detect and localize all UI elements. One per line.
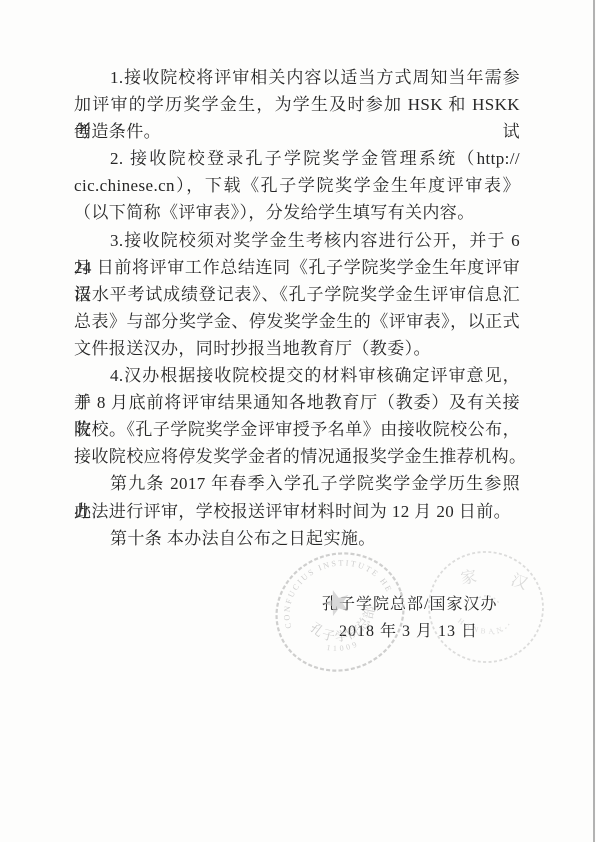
text-line: 第十条 本办法自公布之日起实施。 xyxy=(74,525,520,552)
seal-char-han: 汉 xyxy=(509,571,530,594)
document-body: 1.接收院校将评审相关内容以适当方式周知当年需参加评审的学历奖学金生，为学生及时… xyxy=(74,64,520,552)
text-line: 4.汉办根据接收院校提交的材料审核确定评审意见，并 xyxy=(74,362,520,389)
text-line: 2. 接收院校登录孔子学院奖学金管理系统（http:// xyxy=(74,145,520,172)
text-line: 3.接收院校须对奖学金生考核内容进行公开，并于 6 月 xyxy=(74,227,520,254)
text-line: 第九条 2017 年春季入学孔子学院奖学金学历生参照此 xyxy=(74,470,520,497)
text-line: 文件报送汉办，同时抄报当地教育厅（教委）。 xyxy=(74,335,520,362)
text-line: 总表》与部分奖学金、停发奖学金生的《评审表》，以正式 xyxy=(74,308,520,335)
text-line: 24 日前将评审工作总结连同《孔子学院奖学金生年度评审汉 xyxy=(74,254,520,281)
text-line: 办法进行评审，学校报送评审材料时间为 12 月 20 日前。 xyxy=(74,498,520,525)
text-line: （以下简称《评审表》），分发给学生填写有关内容。 xyxy=(74,199,520,226)
text-line: 加评审的学历奖学金生，为学生及时参加 HSK 和 HSKK 考试 xyxy=(74,91,520,118)
text-line: 语水平考试成绩登记表》、《孔子学院奖学金生评审信息汇 xyxy=(74,281,520,308)
text-line: cic.chinese.cn），下载《孔子学院奖学金生年度评审表》 xyxy=(74,172,520,199)
seal-char-jia: 家 xyxy=(459,568,478,588)
scanned-document-page: 1.接收院校将评审相关内容以适当方式周知当年需参加评审的学历奖学金生，为学生及时… xyxy=(0,0,596,842)
text-line: 接收院校应将停发奖学金者的情况通报奖学金生推荐机构。 xyxy=(74,443,520,470)
signature-date: 2018 年 3 月 13 日 xyxy=(339,618,478,641)
text-line: 院校。《孔子学院奖学金评审授予名单》由接收院校公布， xyxy=(74,416,520,443)
scan-edge-artifact xyxy=(593,0,595,842)
text-line: 于 8 月底前将评审结果通知各地教育厅（教委）及有关接收 xyxy=(74,389,520,416)
signature-organization: 孔子学院总部/国家汉办 xyxy=(322,591,497,614)
text-line: 1.接收院校将评审相关内容以适当方式周知当年需参 xyxy=(74,64,520,91)
